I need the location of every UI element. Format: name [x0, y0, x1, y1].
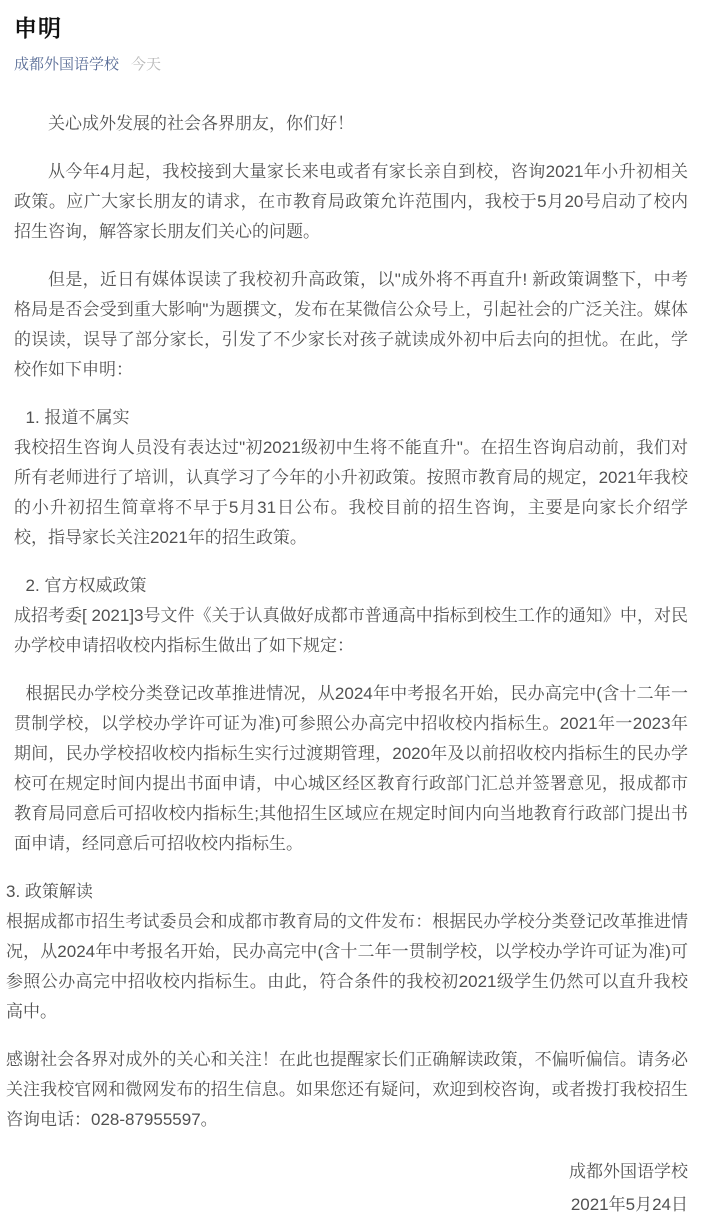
- paragraph-greeting: 关心成外发展的社会各界朋友，你们好！: [14, 109, 688, 139]
- section-2-body: 成招考委[ 2021]3号文件《关于认真做好成都市普通高中指标到校生工作的通知》…: [14, 601, 688, 661]
- byline: 成都外国语学校今天: [0, 43, 701, 75]
- signature-school: 成都外国语学校: [14, 1155, 688, 1188]
- policy-quote-paragraph: 根据民办学校分类登记改革推进情况，从2024年中考报名开始，民办高完中(含十二年…: [14, 679, 688, 859]
- section-2-heading: 2. 官方权威政策: [14, 571, 688, 601]
- section-1-heading: 1. 报道不属实: [14, 403, 688, 433]
- section-3-heading: 3. 政策解读: [6, 877, 688, 907]
- paragraph-background: 从今年4月起，我校接到大量家长来电或者有家长亲自到校，咨询2021年小升初相关政…: [14, 157, 688, 247]
- author-account-link[interactable]: 成都外国语学校: [14, 56, 119, 73]
- page-title: 申明: [0, 0, 701, 43]
- article-page: 申明 成都外国语学校今天 关心成外发展的社会各界朋友，你们好！ 从今年4月起，我…: [0, 0, 701, 1227]
- section-1-body: 我校招生咨询人员没有表达过"初2021级初中生将不能直升"。在招生咨询启动前，我…: [14, 433, 688, 553]
- paragraph-media-misread: 但是，近日有媒体误读了我校初升高政策，以"成外将不再直升! 新政策调整下，中考格…: [14, 265, 688, 385]
- section-3-body: 根据成都市招生考试委员会和成都市教育局的文件发布：根据民办学校分类登记改革推进情…: [6, 907, 688, 1027]
- signature-date: 2021年5月24日: [14, 1188, 688, 1221]
- article-body: 关心成外发展的社会各界朋友，你们好！ 从今年4月起，我校接到大量家长来电或者有家…: [0, 109, 701, 1135]
- signature-block: 成都外国语学校 2021年5月24日: [0, 1155, 701, 1227]
- publish-time: 今天: [131, 56, 161, 73]
- paragraph-closing: 感谢社会各界对成外的关心和关注！在此也提醒家长们正确解读政策，不偏听偏信。请务必…: [6, 1045, 688, 1135]
